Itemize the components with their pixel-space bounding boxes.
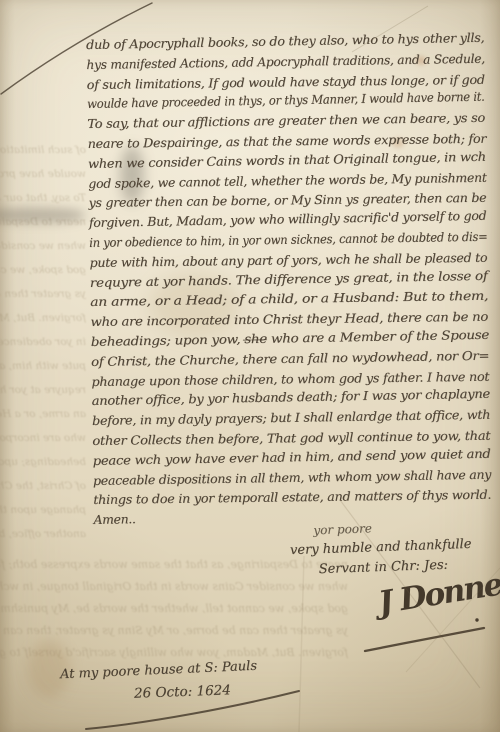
dateline-date: 26 Octo: 1624 (134, 682, 231, 701)
signature-dot (475, 618, 478, 621)
bleedthrough-line: an arme, or a Head; of a child, or a Hus… (0, 402, 86, 426)
bleedthrough-line: of such limitations, If god would have s… (0, 138, 86, 162)
bleedthrough-line: god spoke, we cannot tell, whether the w… (0, 258, 86, 282)
bleedthrough-line: neare to Despairinge, as that the same w… (0, 210, 86, 234)
bleedthrough-line: woulde have proceeded in thys, or thys M… (0, 162, 86, 186)
bleedthrough-line: ys greater then can be borne, or My Sinn… (0, 282, 86, 306)
bleedthrough-line: requyre at yor hands. The difference ys … (0, 378, 86, 402)
letter-body: dub of Apocryphall books, so do they als… (86, 32, 494, 533)
bleedthrough-line: who are incorporated into Christ theyr H… (0, 426, 86, 450)
bleedthrough-line: of Christ, the Churche, there can fall n… (0, 474, 86, 498)
ink-bleedthrough-left: of such limitations, If god would have s… (0, 138, 86, 560)
letter-closing: yor poorevery humble and thankfulleServa… (289, 515, 472, 581)
bleedthrough-line: ys greater then can be borne, or My Sinn… (0, 620, 348, 642)
fold-line-vertical (299, 556, 304, 732)
signature-underline (365, 628, 484, 651)
fold-smudge (0, 208, 84, 223)
bleedthrough-line: when we consider Cains words in that Ori… (0, 234, 86, 258)
bleedthrough-line: beheadings; upon yow, s̶h̶e̶ who are a M… (0, 450, 86, 474)
manuscript-page: of such limitations, If god would have s… (0, 0, 500, 732)
bleedthrough-line: forgiven. But, Madam, yow who willingly … (0, 642, 348, 664)
bleedthrough-line: pute with him, about any part of yors, w… (0, 354, 86, 378)
bleedthrough-line: god spoke, we cannot tell, whether the w… (0, 598, 348, 620)
dateline-place: At my poore house at S: Pauls (60, 659, 258, 683)
bleedthrough-line: in yor obedience to him, in yor own sick… (0, 330, 86, 354)
bleedthrough-line: another office, by yor husbands death; f… (0, 522, 86, 546)
bleedthrough-line: phanage upon those children, to whom god… (0, 498, 86, 522)
bleedthrough-line: To say, that our afflictions are greater… (0, 186, 86, 210)
bleedthrough-line: forgiven. But, Madam, yow who willingly … (0, 306, 86, 330)
